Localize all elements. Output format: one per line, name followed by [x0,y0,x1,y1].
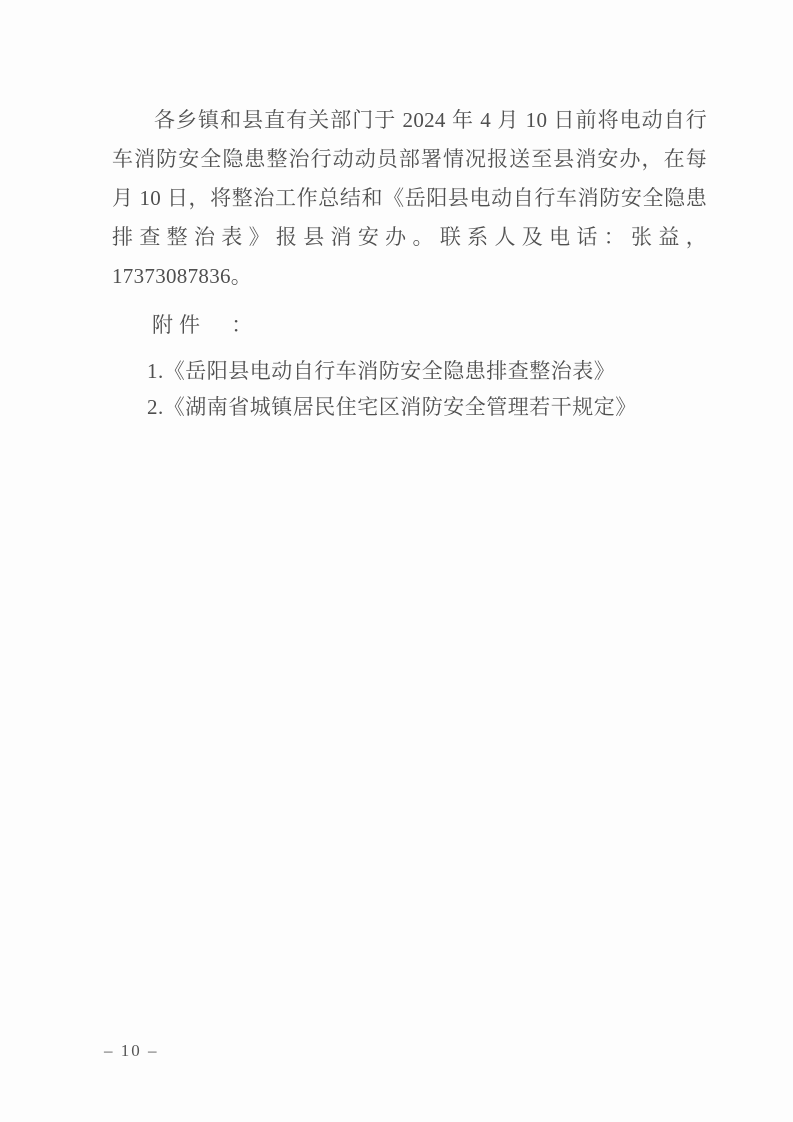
attachment-list-item-2: 2.《湖南省城镇居民住宅区消防安全管理若干规定》 [147,388,637,427]
attachments-label: 附件 ： [152,306,258,345]
body-paragraph: 各乡镇和县直有关部门于 2024 年 4 月 10 日前将电动自行车消防安全隐患… [112,101,707,296]
page-number: – 10 – [104,1040,159,1062]
attachment-list-item-1: 1.《岳阳县电动自行车消防安全隐患排查整治表》 [147,352,615,391]
document-page: 各乡镇和县直有关部门于 2024 年 4 月 10 日前将电动自行车消防安全隐患… [0,0,793,1122]
